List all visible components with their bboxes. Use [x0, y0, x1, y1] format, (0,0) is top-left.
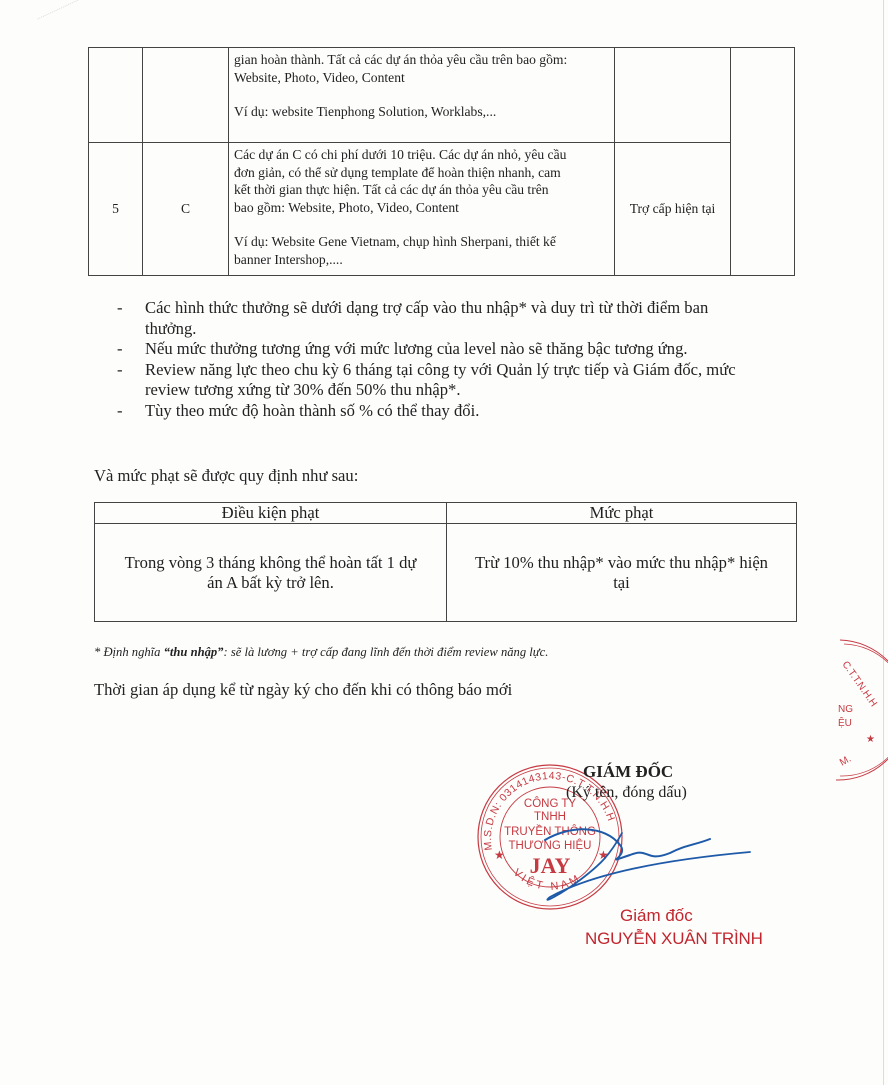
project-description-line: bao gồm: Website, Photo, Video, Content — [234, 199, 614, 217]
table-row: Các dự án C có chi phí dưới 10 triệu. Cá… — [234, 146, 614, 268]
project-description-line: Các dự án C có chi phí dưới 10 triệu. Cá… — [234, 146, 614, 164]
page-edge-line — [883, 0, 884, 1085]
svg-text:★: ★ — [866, 734, 875, 745]
list-item: - Tùy theo mức độ hoàn thành số % có thể… — [117, 401, 797, 422]
project-description-line: kết thời gian thực hiện. Tất cả các dự á… — [234, 181, 614, 199]
row-reward: Trợ cấp hiện tại — [630, 200, 716, 218]
scan-artifact — [37, 0, 88, 39]
signer-role: Giám đốc — [620, 906, 693, 926]
project-example-line: Ví dụ: Website Gene Vietnam, chụp hình S… — [234, 233, 614, 251]
list-item: - Các hình thức thưởng sẽ dưới dạng trợ … — [117, 298, 797, 339]
income-definition-footnote: * Định nghĩa “thu nhập”: sẽ là lương + t… — [94, 645, 548, 660]
project-example-line: banner Intershop,.... — [234, 251, 614, 269]
row-reward-cell: Trợ cấp hiện tại — [615, 143, 730, 275]
row-level-cell: C — [143, 143, 228, 275]
validity-statement: Thời gian áp dụng kể từ ngày ký cho đến … — [94, 680, 512, 700]
row-index: 5 — [112, 200, 119, 218]
signature-note: (Ký tên, đóng dấu) — [566, 784, 687, 802]
edge-stamp-icon: C.T.T.N.H.H NG ỆU ★ M. — [820, 630, 888, 790]
list-item: - Nếu mức thưởng tương ứng với mức lương… — [117, 339, 797, 360]
list-item: - Review năng lực theo chu kỳ 6 tháng tạ… — [117, 360, 797, 401]
penalty-condition-cell: Trong vòng 3 tháng không thể hoàn tất 1 … — [95, 524, 446, 622]
signature-title: GIÁM ĐỐC — [583, 762, 673, 782]
project-description-line: Website, Photo, Video, Content — [234, 69, 614, 87]
header-penalty: Mức phạt — [447, 503, 796, 523]
penalty-table: Điều kiện phạt Mức phạt Trong vòng 3 thá… — [94, 502, 797, 622]
svg-text:NG: NG — [838, 704, 853, 715]
penalty-amount-cell: Trừ 10% thu nhập* vào mức thu nhập* hiện… — [447, 524, 796, 622]
project-example: Ví dụ: website Tienphong Solution, Workl… — [234, 103, 614, 121]
row-index-cell: 5 — [89, 143, 142, 275]
project-description-line: đơn giản, có thể sử dụng template để hoà… — [234, 164, 614, 182]
svg-text:M.: M. — [838, 754, 853, 769]
reward-rules-list: - Các hình thức thưởng sẽ dưới dạng trợ … — [117, 298, 797, 422]
project-description-line: gian hoàn thành. Tất cả các dự án thỏa y… — [234, 51, 614, 69]
penalty-intro: Và mức phạt sẽ được quy định như sau: — [94, 466, 358, 486]
table-row: gian hoàn thành. Tất cả các dự án thỏa y… — [234, 51, 614, 121]
project-level-table: gian hoàn thành. Tất cả các dự án thỏa y… — [88, 47, 795, 275]
header-condition: Điều kiện phạt — [95, 503, 446, 523]
handwritten-signature-icon — [480, 805, 770, 905]
svg-text:C.T.T.N.H.H: C.T.T.N.H.H — [840, 659, 879, 709]
svg-text:ỆU: ỆU — [838, 716, 852, 729]
signer-name: NGUYỄN XUÂN TRÌNH — [585, 929, 763, 949]
row-level: C — [181, 200, 190, 218]
